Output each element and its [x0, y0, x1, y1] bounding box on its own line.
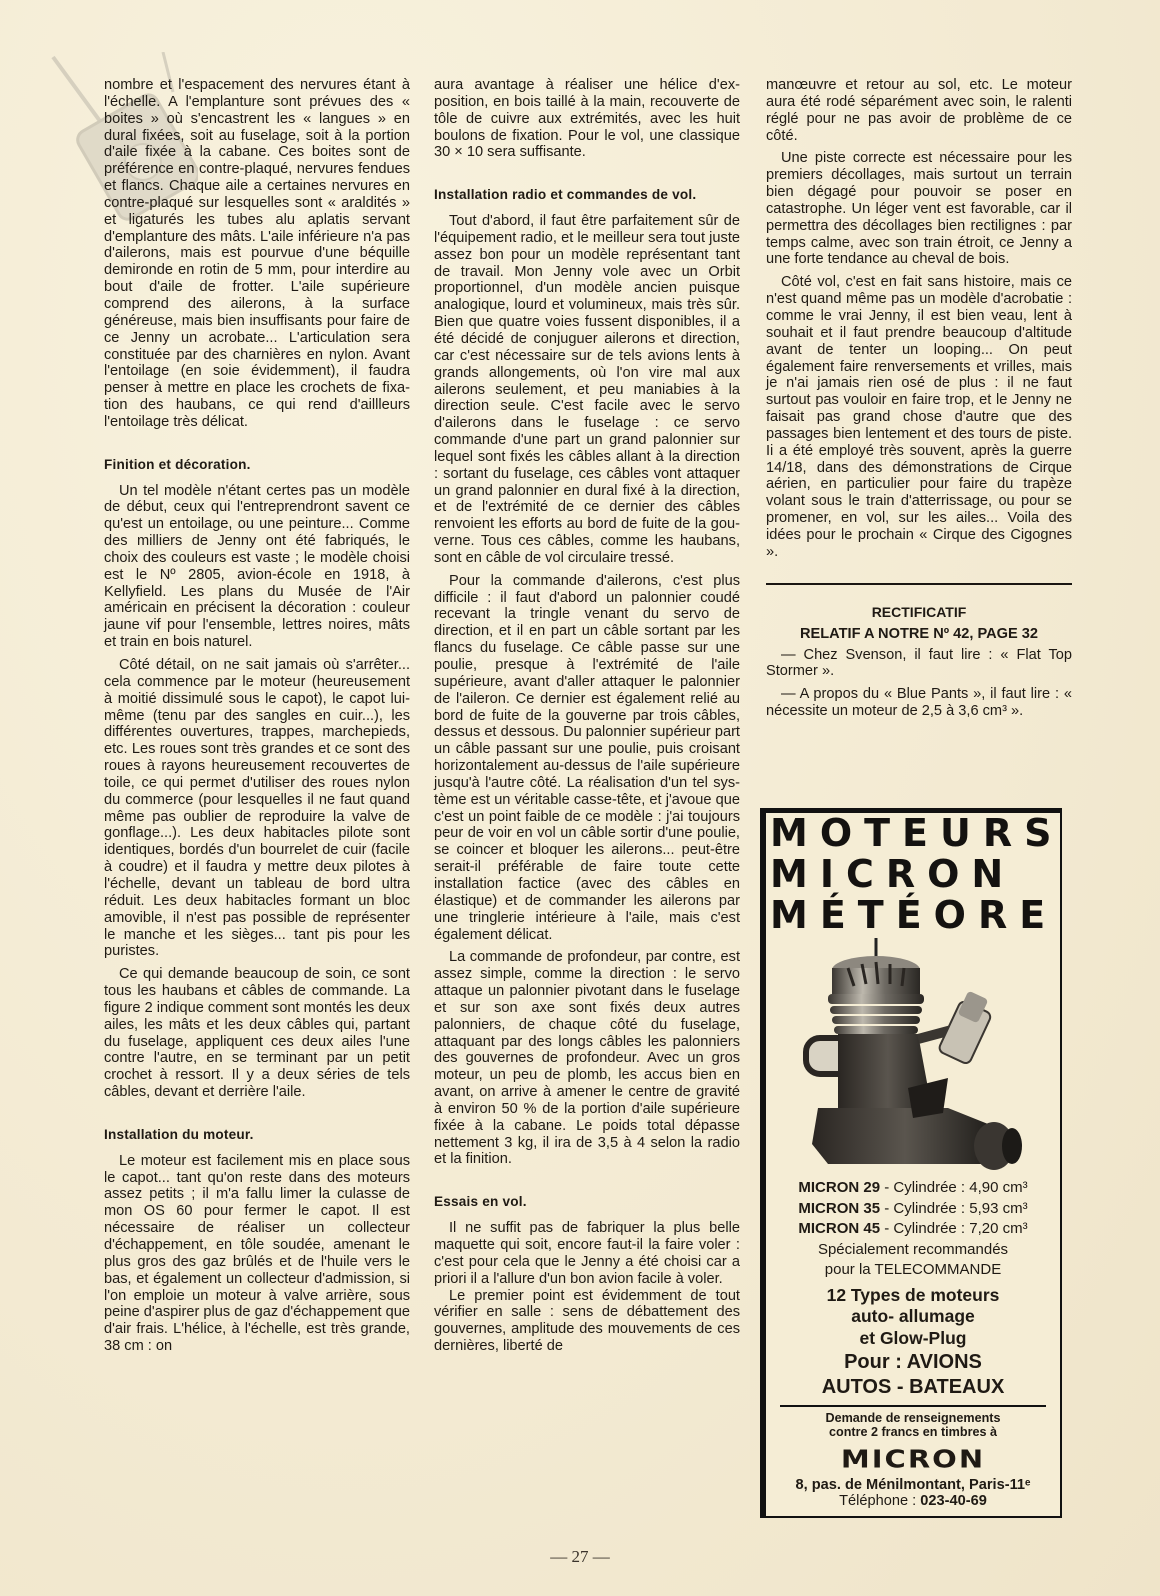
paragraph: Tout d'abord, il faut être parfaitement …	[434, 213, 740, 567]
paragraph: manœuvre et retour au sol, etc. Le mo­te…	[766, 77, 1072, 144]
paragraph: Côté détail, on ne sait jamais où s'ar­r…	[104, 657, 410, 960]
ad-headline-line: MICRON	[766, 854, 1060, 895]
ad-recommend-line: Spécialement recommandés	[766, 1240, 1060, 1261]
ad-phone-number: 023-40-69	[920, 1493, 987, 1509]
paragraph: Le premier point est évidemment de tout …	[434, 1288, 740, 1355]
ad-phone: Téléphone : 023-40-69	[766, 1493, 1060, 1510]
micron-brand-logo: MICRON	[766, 1443, 1060, 1474]
rectificatif-item: — A propos du « Blue Pants », il faut li…	[766, 686, 1072, 720]
article-column-2: aura avantage à réaliser une hélice d'ex…	[434, 77, 740, 1355]
engine-spec-value: 5,93 cm³	[969, 1200, 1027, 1217]
divider	[766, 583, 1072, 585]
page-number: — 27 —	[0, 1547, 1160, 1567]
section-heading-radio: Installation radio et commandes de vol.	[434, 187, 740, 204]
ad-info-line: Demande de renseignements	[766, 1411, 1060, 1425]
ad-usage-line: Pour : AVIONS	[766, 1351, 1060, 1374]
engine-spec-label: - Cylindrée :	[884, 1179, 965, 1196]
paragraph: Un tel modèle n'étant certes pas un modè…	[104, 483, 410, 651]
engine-spec-value: 4,90 cm³	[969, 1179, 1027, 1196]
ad-divider	[780, 1405, 1046, 1407]
rectificatif-item: — Chez Svenson, il faut lire : « Flat To…	[766, 647, 1072, 681]
article-column-1: nombre et l'espacement des nervures étan…	[104, 77, 410, 1355]
paragraph: Il ne suffit pas de fabriquer la plus be…	[434, 1220, 740, 1287]
engine-model-name: MICRON 45	[798, 1220, 880, 1237]
paragraph: La commande de profondeur, par contre, e…	[434, 949, 740, 1168]
ad-headline-line: MOTEURS	[766, 813, 1060, 854]
paragraph: Côté vol, c'est en fait sans histoire, m…	[766, 274, 1072, 560]
section-heading-moteur: Installation du moteur.	[104, 1127, 410, 1144]
engine-specs-list: MICRON 29 - Cylindrée : 4,90 cm³ MICRON …	[766, 1178, 1060, 1240]
ad-phone-label: Téléphone :	[839, 1493, 916, 1509]
rectificatif-subtitle: RELATIF A NOTRE Nº 42, PAGE 32	[766, 623, 1072, 645]
ad-types-line: auto- allumage	[766, 1306, 1060, 1328]
paragraph: Le moteur est facilement mis en place so…	[104, 1153, 410, 1355]
engine-spec-row: MICRON 29 - Cylindrée : 4,90 cm³	[766, 1178, 1060, 1199]
model-engine-photo-icon	[798, 938, 1028, 1174]
rectificatif-title: RECTIFICATIF	[766, 601, 1072, 623]
article-column-3: manœuvre et retour au sol, etc. Le mo­te…	[766, 77, 1072, 720]
ad-types-line: et Glow-Plug	[766, 1328, 1060, 1350]
section-heading-finition: Finition et décoration.	[104, 457, 410, 474]
ad-address: 8, pas. de Ménilmontant, Paris-11ᵉ	[766, 1477, 1060, 1493]
ad-types-line: 12 Types de moteurs	[766, 1285, 1060, 1307]
section-heading-essais: Essais en vol.	[434, 1194, 740, 1211]
engine-spec-value: 7,20 cm³	[969, 1220, 1027, 1237]
engine-spec-label: - Cylindrée :	[884, 1200, 965, 1217]
engine-spec-label: - Cylindrée :	[884, 1220, 965, 1237]
paragraph: aura avantage à réaliser une hélice d'ex…	[434, 77, 740, 161]
ad-headline-line: MÉTÉORE	[766, 895, 1060, 936]
ad-info-line: contre 2 francs en timbres à	[766, 1425, 1060, 1439]
paragraph: Ce qui demande beaucoup de soin, ce sont…	[104, 966, 410, 1101]
micron-advertisement: MOTEURS MICRON MÉTÉORE	[760, 808, 1062, 1518]
engine-model-name: MICRON 29	[798, 1179, 880, 1196]
engine-spec-row: MICRON 35 - Cylindrée : 5,93 cm³	[766, 1199, 1060, 1220]
engine-spec-row: MICRON 45 - Cylindrée : 7,20 cm³	[766, 1219, 1060, 1240]
paragraph: Pour la commande d'ailerons, c'est plus …	[434, 573, 740, 944]
paragraph: Une piste correcte est nécessaire pour l…	[766, 150, 1072, 268]
ad-recommend-line: pour la TELECOMMANDE	[766, 1260, 1060, 1281]
ad-usage-line: AUTOS - BATEAUX	[766, 1376, 1060, 1399]
engine-model-name: MICRON 35	[798, 1200, 880, 1217]
paragraph: nombre et l'espacement des nervures étan…	[104, 77, 410, 431]
